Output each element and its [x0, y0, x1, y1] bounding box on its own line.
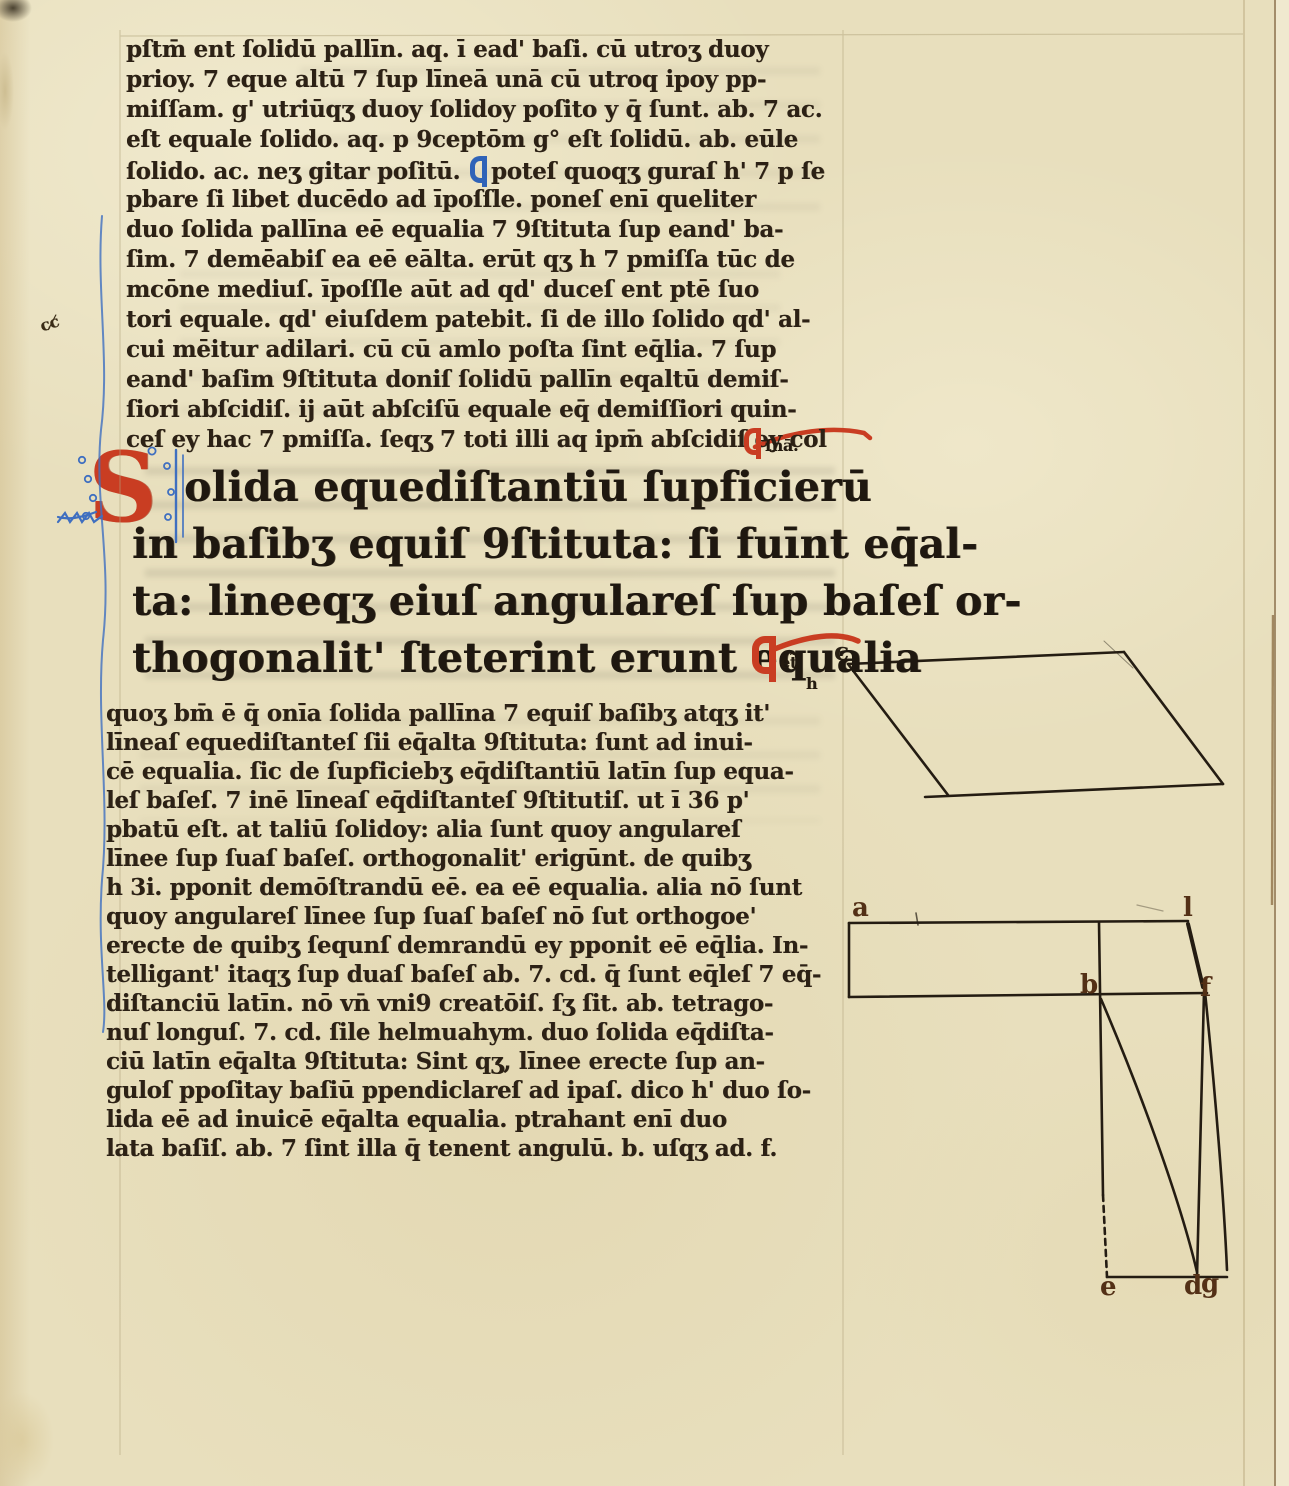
display-block-line-3: ta: lineeqʒ eiuſ angulareſ ſup baſeſ or- — [132, 576, 1021, 626]
top-block-line-4: eſt equale ſolido. aq. p 9ceptōm g° eſt … — [126, 126, 798, 154]
display-block-line-4: thogonalit' ſteterint erunt equalia — [132, 633, 922, 683]
text-segment: ciū latīn eq̄alta 9ſtituta: Sint qʒ, līn… — [106, 1048, 765, 1075]
text-segment: cē equalia. ſic de ſupficiebʒ eq̄diſtant… — [106, 758, 794, 785]
top-block-line-8: ſim. 7 demēabiſ ea eē eālta. erūt qʒ h 7… — [126, 246, 795, 274]
text-segment: miſſam. g' utriūqʒ duoy ſolidoy poſito y… — [126, 96, 822, 123]
manuscript-page: { "document": { "kind": "medieval-manusc… — [0, 0, 1289, 1486]
top-block-line-11: cui mēitur adilari. cū cū amlo poſta ſin… — [126, 336, 776, 364]
top-block-line-6: pbare ſi libet ducēdo ad īpoſſle. poneſ … — [126, 186, 756, 214]
text-segment: guloſ ppoſitay baſiū ppendiclareſ ad ipa… — [106, 1077, 811, 1104]
text-segment: olida equediſtantiū ſupficierū — [184, 463, 872, 511]
text-segment: cc̸ — [38, 312, 62, 336]
top-block-line-2: prioy. 7 eque altū 7 ſup līneā unā cū ut… — [126, 66, 766, 94]
lower-block-line-12: nuſ longuſ. 7. cd. ſile helmuahym. duo ſ… — [106, 1019, 774, 1047]
top-block-line-13: ſiori abſcidiſ. ij aūt abſciſū equale eq… — [126, 396, 796, 424]
lower-block-line-11: diſtanciū latīn. nō vn̄ vni9 creatōiſ. ſ… — [106, 990, 773, 1018]
text-segment: h 3i. pponit demōſtrandū eē. ea eē equal… — [106, 874, 802, 901]
top-block-line-14: ceſ ey hac 7 pmiſſa. ſeqʒ 7 toti illi aq… — [126, 426, 827, 454]
pilcrow-icon — [744, 428, 761, 459]
text-segment: nuſ longuſ. 7. cd. ſile helmuahym. duo ſ… — [106, 1019, 774, 1046]
text-segment: ſnā. — [765, 436, 798, 455]
lower-block-line-4: leſ baſeſ. 7 inē līneaſ eq̄diſtanteſ 9ſt… — [106, 787, 749, 815]
pilcrow-icon — [470, 156, 487, 187]
top-block-line-7: duo ſolida pallīna eē equalia 7 9ſtituta… — [126, 216, 783, 244]
lower-block-line-15: lida eē ad inuicē eq̄alta equalia. ptrah… — [106, 1106, 727, 1134]
top-block-line-9: mcōne mediuſ. īpoſſle aūt ad qd' duceſ e… — [126, 276, 759, 304]
top-block-line-1: pſtm̄ ent ſolidū pallīn. aq. ī ead' baſi… — [126, 36, 768, 64]
lower-block-line-8: quoy angulareſ līnee ſup ſuaſ baſeſ nō ſ… — [106, 903, 756, 931]
text-segment: et̃ — [780, 653, 797, 672]
top-block-line-3: miſſam. g' utriūqʒ duoy ſolidoy poſito y… — [126, 96, 822, 124]
text-segment: pbatū eſt. at taliū ſolidoy: alia ſunt q… — [106, 816, 740, 843]
text-segment: pbare ſi libet ducēdo ad īpoſſle. poneſ … — [126, 186, 756, 213]
text-segment: eand' baſim 9ſtituta doniſ ſolidū pallīn… — [126, 366, 788, 393]
text-segment: lida eē ad inuicē eq̄alta equalia. ptrah… — [106, 1106, 727, 1133]
top-block-line-5: ſolido. ac. neʒ gitar poſitū. poteſ quoq… — [126, 156, 825, 187]
text-segment: līneaſ equediſtanteſ ſii eq̄alta 9ſtitut… — [106, 729, 753, 756]
lower-block-line-7: h 3i. pponit demōſtrandū eē. ea eē equal… — [106, 874, 802, 902]
note-sna-line-1: ſnā. — [742, 428, 798, 459]
text-root: pſtm̄ ent ſolidū pallīn. aq. ī ead' baſi… — [0, 0, 1289, 1486]
margin-mark-line-1: cc̸ — [38, 312, 62, 336]
text-segment: thogonalit' ſteterint erunt equalia — [132, 634, 922, 682]
lower-block-line-10: telligant' itaqʒ ſup duaſ baſeſ ab. 7. c… — [106, 961, 821, 989]
text-segment: prioy. 7 eque altū 7 ſup līneā unā cū ut… — [126, 66, 766, 93]
text-segment: ta: lineeqʒ eiuſ angulareſ ſup baſeſ or- — [132, 577, 1021, 625]
lower-block-line-1: quoʒ bm̄ ē q̄ onīa ſolida pallīna 7 equi… — [106, 700, 770, 728]
display-block-line-1: olida equediſtantiū ſupficierū — [184, 462, 872, 512]
display-block-line-2: in baſibʒ equiſ 9ſtituta: ſi fuīnt eq̄al… — [132, 519, 978, 569]
lower-block-line-3: cē equalia. ſic de ſupficiebʒ eq̄diſtant… — [106, 758, 794, 786]
text-segment: poteſ quoqʒ guraſ h' 7 p ſe — [491, 158, 825, 185]
lower-block-line-2: līneaſ equediſtanteſ ſii eq̄alta 9ſtitut… — [106, 729, 753, 757]
text-segment: mcōne mediuſ. īpoſſle aūt ad qd' duceſ e… — [126, 276, 759, 303]
lower-block-line-9: erecte de quibʒ ſequnſ demrandū ey pponi… — [106, 932, 808, 960]
lower-block-line-6: līnee ſup ſuaſ baſeſ. orthogonalit' erig… — [106, 845, 751, 873]
text-segment: telligant' itaqʒ ſup duaſ baſeſ ab. 7. c… — [106, 961, 821, 988]
text-segment: quoy angulareſ līnee ſup ſuaſ baſeſ nō ſ… — [106, 903, 756, 930]
top-block-line-12: eand' baſim 9ſtituta doniſ ſolidū pallīn… — [126, 366, 788, 394]
lower-block-line-14: guloſ ppoſitay baſiū ppendiclareſ ad ipa… — [106, 1077, 811, 1105]
text-segment: quoʒ bm̄ ē q̄ onīa ſolida pallīna 7 equi… — [106, 700, 770, 727]
text-segment: duo ſolida pallīna eē equalia 7 9ſtituta… — [126, 216, 783, 243]
text-segment: lata baſiſ. ab. 7 ſint illa q̄ tenent an… — [106, 1135, 777, 1162]
top-block-line-10: tori equale. qd' eiuſdem patebit. ſi de … — [126, 306, 810, 334]
lower-block-line-5: pbatū eſt. at taliū ſolidoy: alia ſunt q… — [106, 816, 740, 844]
text-segment: diſtanciū latīn. nō vn̄ vni9 creatōiſ. ſ… — [106, 990, 773, 1017]
text-segment: erecte de quibʒ ſequnſ demrandū ey pponi… — [106, 932, 808, 959]
text-segment: leſ baſeſ. 7 inē līneaſ eq̄diſtanteſ 9ſt… — [106, 787, 749, 814]
lower-block-line-13: ciū latīn eq̄alta 9ſtituta: Sint qʒ, līn… — [106, 1048, 765, 1076]
text-segment: līnee ſup ſuaſ baſeſ. orthogonalit' erig… — [106, 845, 751, 872]
text-segment: ſiori abſcidiſ. ij aūt abſciſū equale eq… — [126, 396, 796, 423]
text-segment: cui mēitur adilari. cū cū amlo poſta ſin… — [126, 336, 776, 363]
text-segment: pſtm̄ ent ſolidū pallīn. aq. ī ead' baſi… — [126, 36, 768, 63]
pilcrow-icon — [752, 636, 776, 682]
text-segment: tori equale. qd' eiuſdem patebit. ſi de … — [126, 306, 810, 333]
note-et-line-1: et̃ — [750, 636, 797, 682]
lower-block-line-16: lata baſiſ. ab. 7 ſint illa q̄ tenent an… — [106, 1135, 777, 1163]
note-h-line-1: h — [806, 674, 817, 693]
text-segment: ſolido. ac. neʒ gitar poſitū. — [126, 158, 468, 185]
text-segment: h — [806, 674, 817, 693]
text-segment: ceſ ey hac 7 pmiſſa. ſeqʒ 7 toti illi aq… — [126, 426, 827, 453]
text-segment: eſt equale ſolido. aq. p 9ceptōm g° eſt … — [126, 126, 798, 153]
text-segment: in baſibʒ equiſ 9ſtituta: ſi fuīnt eq̄al… — [132, 520, 978, 568]
text-segment: ſim. 7 demēabiſ ea eē eālta. erūt qʒ h 7… — [126, 246, 795, 273]
